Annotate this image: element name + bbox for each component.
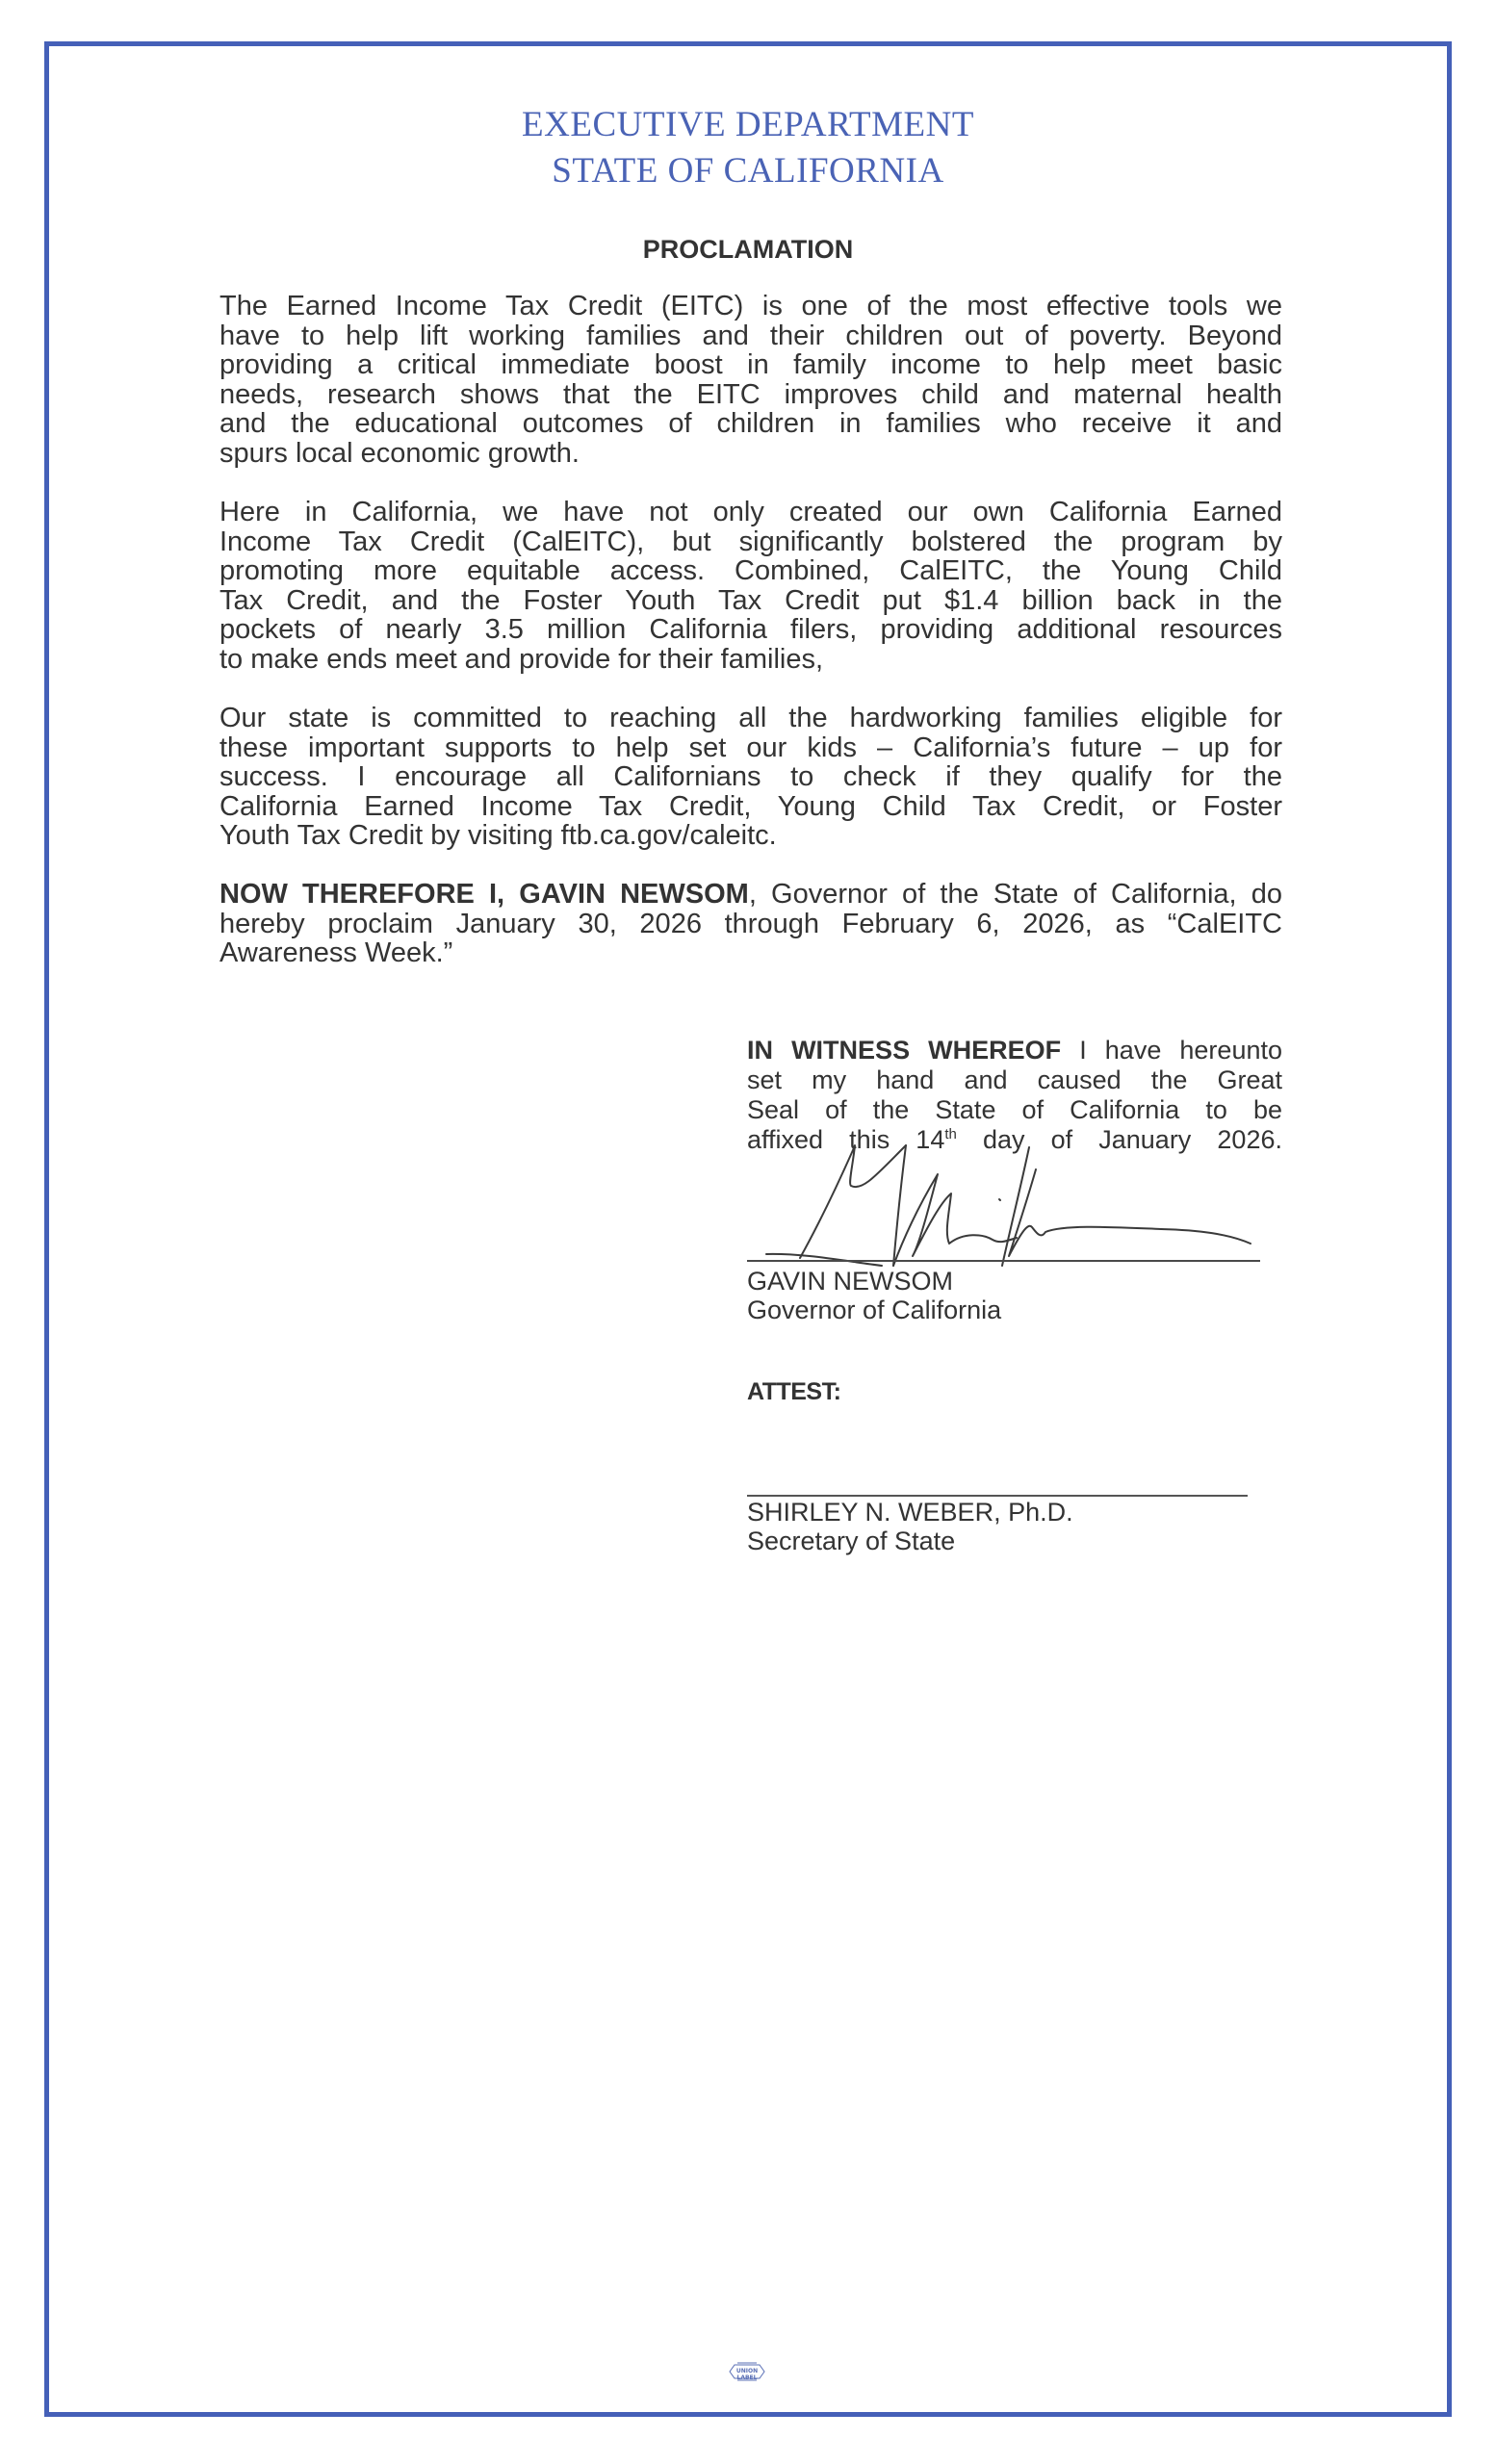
text-line: The Earned Income Tax Credit (EITC) is o… (219, 292, 1282, 321)
signature-icon (747, 1136, 1267, 1270)
paragraph-proclamation: NOW THEREFORE I, GAVIN NEWSOM, Governor … (219, 880, 1282, 968)
text-line: set my hand and caused the Great (747, 1065, 1282, 1095)
now-therefore-lead: NOW THEREFORE I, GAVIN NEWSOM (219, 879, 749, 910)
secretary-name: SHIRLEY N. WEBER, Ph.D. (747, 1498, 1073, 1527)
text-line: these important supports to help set our… (219, 733, 1282, 763)
header-state-of-california: STATE OF CALIFORNIA (0, 148, 1496, 194)
text-line: Our state is committed to reaching all t… (219, 704, 1282, 733)
secretary-title: Secretary of State (747, 1527, 955, 1555)
paragraph-caleitc: Here in California, we have not only cre… (219, 498, 1282, 675)
text-line: IN WITNESS WHEREOF I have hereunto (747, 1036, 1282, 1065)
text-line: have to help lift working families and t… (219, 321, 1282, 351)
union-label-bug-icon: UNION LABEL (729, 2361, 765, 2382)
paragraph-commitment: Our state is committed to reaching all t… (219, 704, 1282, 851)
in-witness-lead: IN WITNESS WHEREOF (747, 1036, 1061, 1065)
text-line: Here in California, we have not only cre… (219, 498, 1282, 527)
text-line: and the educational outcomes of children… (219, 409, 1282, 439)
text-line: success. I encourage all Californians to… (219, 762, 1282, 792)
text-line: Tax Credit, and the Foster Youth Tax Cre… (219, 586, 1282, 616)
secretary-signature-line (747, 1495, 1248, 1497)
paragraph-eitc-intro: The Earned Income Tax Credit (EITC) is o… (219, 292, 1282, 469)
text-line: providing a critical immediate boost in … (219, 350, 1282, 380)
governor-name: GAVIN NEWSOM (747, 1267, 953, 1296)
text-line: to make ends meet and provide for their … (219, 645, 1282, 675)
text-line: needs, research shows that the EITC impr… (219, 380, 1282, 410)
text-line: California Earned Income Tax Credit, You… (219, 792, 1282, 822)
text-line: Youth Tax Credit by visiting ftb.ca.gov/… (219, 821, 1282, 851)
text-line: promoting more equitable access. Combine… (219, 556, 1282, 586)
text-fragment: I have hereunto (1061, 1036, 1282, 1065)
governor-signature-line (747, 1260, 1260, 1262)
text-line: NOW THEREFORE I, GAVIN NEWSOM, Governor … (219, 880, 1282, 910)
text-line: Income Tax Credit (CalEITC), but signifi… (219, 527, 1282, 557)
text-line: Awareness Week.” (219, 938, 1282, 968)
header-executive-department: EXECUTIVE DEPARTMENT (0, 102, 1496, 148)
attest-label: ATTEST: (747, 1378, 840, 1406)
text-line: spurs local economic growth. (219, 439, 1282, 469)
document-title: PROCLAMATION (0, 234, 1496, 265)
governor-title: Governor of California (747, 1296, 1001, 1324)
union-label-text: UNION LABEL (729, 2368, 765, 2381)
text-line: pockets of nearly 3.5 million California… (219, 615, 1282, 645)
text-line: Seal of the State of California to be (747, 1095, 1282, 1125)
text-line: hereby proclaim January 30, 2026 through… (219, 910, 1282, 939)
text-fragment: , Governor of the State of California, d… (749, 879, 1282, 910)
